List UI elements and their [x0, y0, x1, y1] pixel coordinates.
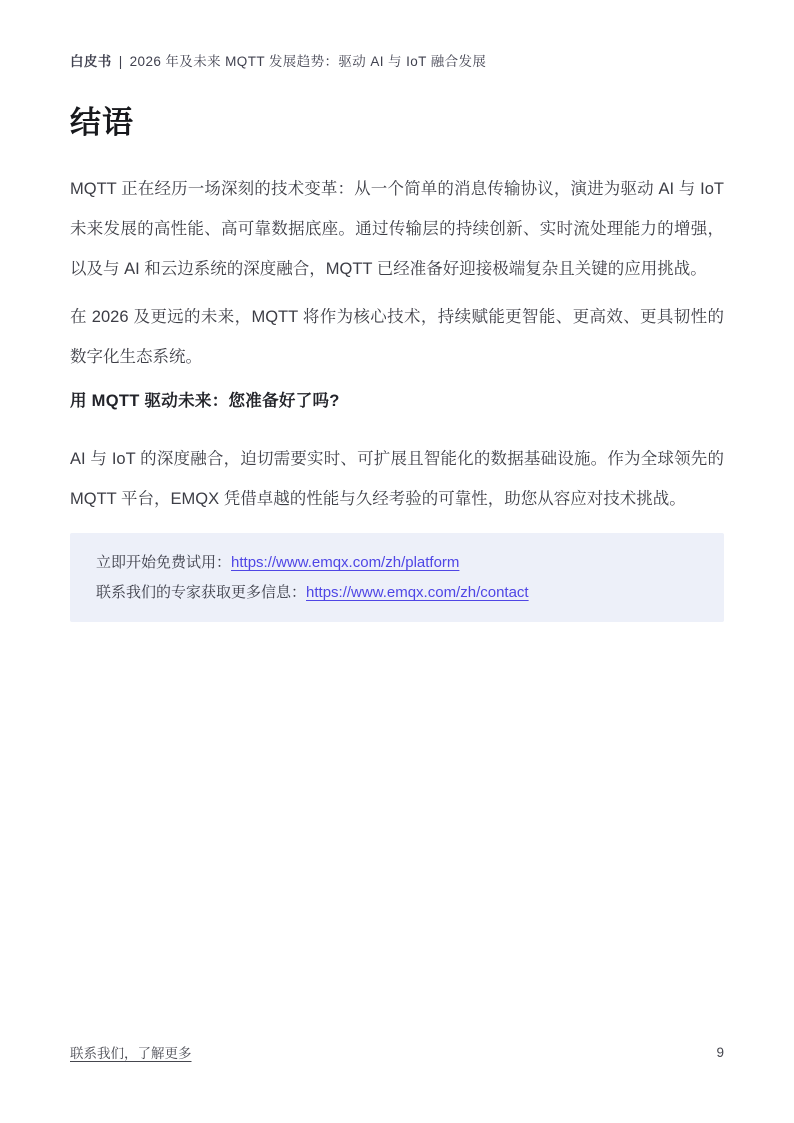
- cta-trial-label: 立即开始免费试用：: [96, 554, 231, 571]
- cta-contact-link[interactable]: https://www.emqx.com/zh/contact: [306, 584, 529, 601]
- document-page: 白皮书|2026 年及未来 MQTT 发展趋势：驱动 AI 与 IoT 融合发展…: [0, 0, 794, 1123]
- section-title: 结语: [70, 104, 724, 141]
- subheading: 用 MQTT 驱动未来：您准备好了吗?: [70, 389, 724, 413]
- page-number: 9: [716, 1045, 724, 1060]
- header-doc-type: 白皮书: [70, 54, 112, 69]
- paragraph-1: MQTT 正在经历一场深刻的技术变革：从一个简单的消息传输协议，演进为驱动 AI…: [70, 169, 724, 289]
- header-separator: |: [119, 54, 123, 69]
- paragraph-2: 在 2026 及更远的未来，MQTT 将作为核心技术，持续赋能更智能、更高效、更…: [70, 297, 724, 377]
- page-header: 白皮书|2026 年及未来 MQTT 发展趋势：驱动 AI 与 IoT 融合发展: [70, 0, 724, 70]
- cta-box: 立即开始免费试用：https://www.emqx.com/zh/platfor…: [70, 533, 724, 622]
- cta-contact-label: 联系我们的专家获取更多信息：: [96, 584, 306, 601]
- cta-trial-link[interactable]: https://www.emqx.com/zh/platform: [231, 554, 459, 571]
- header-title: 2026 年及未来 MQTT 发展趋势：驱动 AI 与 IoT 融合发展: [130, 54, 487, 69]
- page-footer: 联系我们，了解更多 9: [70, 1042, 724, 1062]
- cta-row-trial: 立即开始免费试用：https://www.emqx.com/zh/platfor…: [96, 550, 698, 575]
- footer-contact-link[interactable]: 联系我们，了解更多: [70, 1042, 192, 1062]
- page-content: 白皮书|2026 年及未来 MQTT 发展趋势：驱动 AI 与 IoT 融合发展…: [0, 0, 794, 622]
- paragraph-3: AI 与 IoT 的深度融合，迫切需要实时、可扩展且智能化的数据基础设施。作为全…: [70, 439, 724, 519]
- cta-row-contact: 联系我们的专家获取更多信息：https://www.emqx.com/zh/co…: [96, 580, 698, 605]
